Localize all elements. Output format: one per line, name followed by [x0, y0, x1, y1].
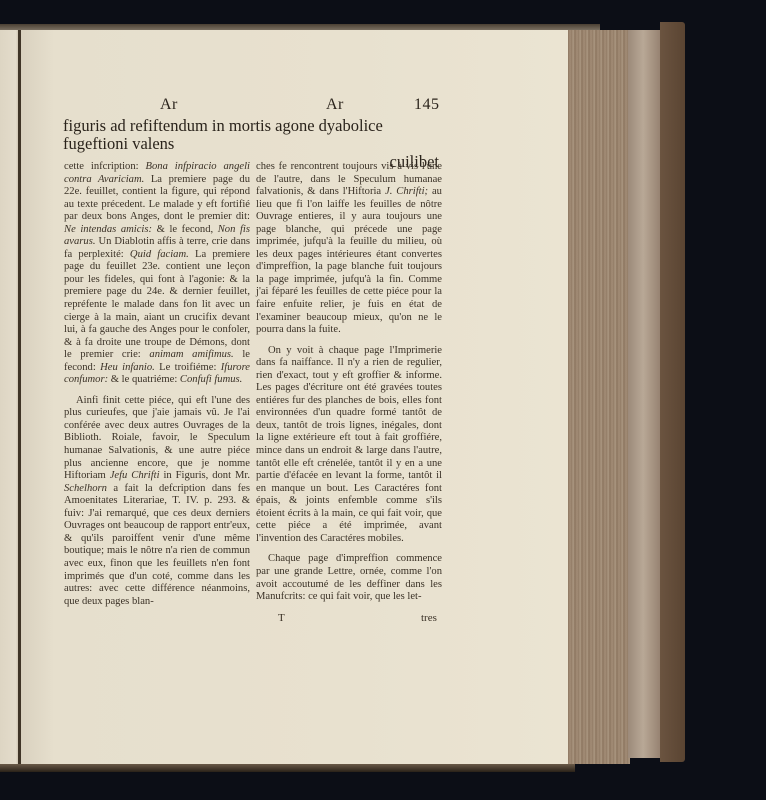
signature-mark: T	[278, 612, 285, 624]
text: in Figuris, dont Mr.	[160, 470, 250, 481]
italic-text: Ne intendas amicis:	[64, 224, 152, 235]
page-fore-edge	[568, 30, 630, 764]
italic-text: Quid faciam.	[130, 249, 189, 260]
catchword: tres	[421, 612, 437, 624]
text: au lieu que fi l'on laiffe les feuilles …	[256, 186, 442, 335]
italic-text: animam amifimus.	[149, 349, 233, 360]
italic-text: Confufi fumus.	[180, 374, 242, 385]
book-bottom-edge-shadow	[0, 764, 575, 772]
cover-board	[660, 22, 685, 762]
left-paragraph-2: Ainfi finit cette piéce, qui eft l'une d…	[64, 395, 250, 608]
title-line-text: figuris ad refiftendum in mortis agone d…	[63, 116, 383, 153]
italic-text: Schelhorn	[64, 483, 107, 494]
text: cette infcription:	[64, 161, 146, 172]
italic-text: Jefu Chrifti	[110, 470, 160, 481]
right-paragraph-3: Chaque page d'impreffion commence par un…	[256, 553, 442, 603]
text: a fait la defcription dans fes Amoenitat…	[64, 483, 250, 607]
left-column: cette infcription: Bona infpiracio angel…	[64, 161, 250, 608]
right-paragraph-1: ches fe rencontrent toujours vis à vis l…	[256, 161, 442, 337]
right-column: ches fe rencontrent toujours vis à vis l…	[256, 161, 442, 604]
left-paragraph-1: cette infcription: Bona infpiracio angel…	[64, 161, 250, 387]
previous-page-edge	[0, 30, 20, 770]
text: La premiere page du feuillet 23e. contie…	[64, 249, 250, 360]
running-head-center: Ar	[326, 96, 344, 114]
right-paragraph-2: On y voit à chaque page l'Imprimerie dan…	[256, 345, 442, 546]
text: Le troifiéme:	[155, 362, 221, 373]
text: & le fecond,	[152, 224, 218, 235]
page-number: 145	[414, 96, 440, 114]
text: Ainfi finit cette piéce, qui eft l'une d…	[64, 395, 250, 481]
running-head-left: Ar	[160, 96, 178, 114]
italic-text: Heu infanio.	[100, 362, 155, 373]
italic-text: J. Chrifti;	[385, 186, 428, 197]
text: & le quatriéme:	[108, 374, 180, 385]
